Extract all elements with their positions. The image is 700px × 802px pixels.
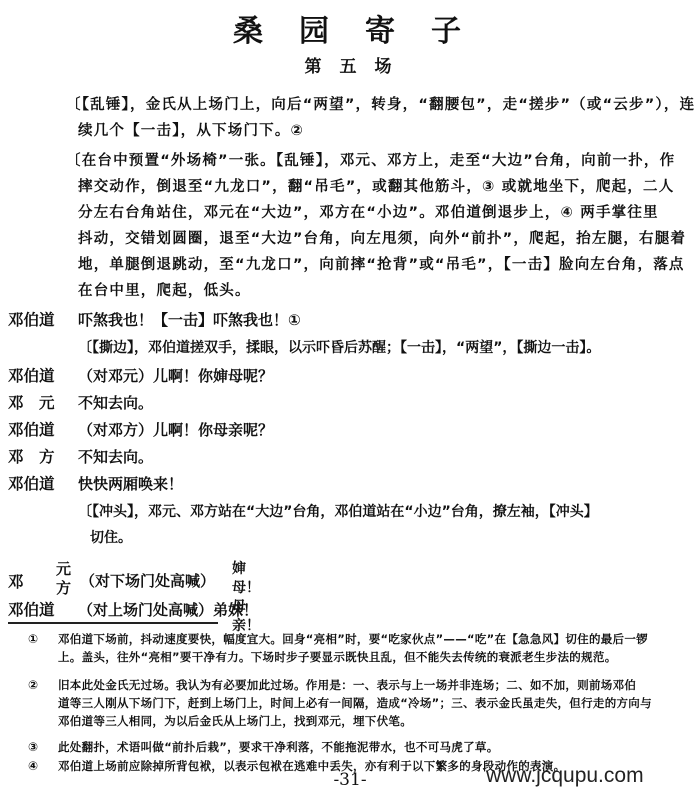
footnote-text: 此处翻扑，术语叫做“前扑后栽”，要求干净利落，不能拖泥带水，也不可马虎了草。 [28,738,696,756]
speech-text: 〔【撕边】，邓伯道搓双手，揉眼，以示吓昏后苏醒；【一击】，“两望”，【撕边一击】… [78,337,600,357]
footnote-text: 邓伯道等三人相同，为以后金氏从上场门上，找到邓元，埋下伏笔。 [28,712,696,730]
stage-direction: （对下场门处高喊） [80,570,215,591]
dialogue-line: 邓伯道 吓煞我也！【一击】吓煞我也！① [8,306,301,332]
footnote-number: ① [28,630,48,648]
footnote-text: 道等三人刚从下场门下，赶到上场门上，时间上必有一间隔，造成“冷场”；三、表示金氏… [28,694,696,712]
speech-text: （对邓元）儿啊！你婶母呢？ [78,365,273,386]
speaker-name: 邓伯道 [8,418,78,440]
speaker-name: 邓 方 [8,445,78,467]
stage-direction-line: 〔【乱锤】，金氏从上场门上，向后“两望”，转身，“翻腰包”，走“搓步”（或“云步… [66,92,696,118]
stage-direction-line: 在台中里，爬起，低头。 [66,278,696,304]
speaker-name: 邓伯道 [8,364,78,386]
speech-text: （对上场门处高喊）弟妹！ [78,599,258,620]
stage-direction-1: 〔【乱锤】，金氏从上场门上，向后“两望”，转身，“翻腰包”，走“搓步”（或“云步… [66,92,696,144]
dialogue-line: 邓 方 不知去向。 [8,443,153,469]
speaker-surname: 邓 [8,570,24,592]
stage-direction-line: 切住。 [90,524,132,550]
play-title: 桑园寄子 [0,6,700,50]
footnote-1: ① 邓伯道下场前，抖动速度要快，幅度宜大。回身“亮相”时，要“吃家伙点”——“吃… [28,630,696,666]
footnote-text: 旧本此处金氏无过场。我认为有必要加此过场。作用是：一、表示与上一场并非连场；二、… [28,676,696,694]
footnote-text: 邓伯道下场前，抖动速度要快，幅度宜大。回身“亮相”时，要“吃家伙点”——“吃”在… [28,630,696,648]
footnote-2: ② 旧本此处金氏无过场。我认为有必要加此过场。作用是：一、表示与上一场并非连场；… [28,676,696,730]
footnote-divider [8,622,218,624]
dialogue-line: 邓伯道 快快两厢唤来！ [8,470,183,496]
stage-direction-line: 〔【撕边】，邓伯道搓双手，揉眼，以示吓昏后苏醒；【一击】，“两望”，【撕边一击】… [78,334,600,360]
stage-direction-2: 〔在台中预置“外场椅”一张。【乱锤】，邓元、邓方上，走至“大边”台角，向前一扑，… [66,148,696,304]
speaker-given-names: 元 方 [56,560,71,598]
footnote-number: ② [28,676,48,694]
stage-direction-line: 抖动，交错划圆圈，退至“大边”台角，向左甩须，向外“前扑”，爬起，抬左腿，右腿着 [66,226,696,252]
stage-direction-line: 分左右台角站住，邓元在“大边”，邓方在“小边”。邓伯道倒退步上，④ 两手掌往里 [66,200,696,226]
speech-text: 切住。 [90,527,132,547]
speech-text: （对邓方）儿啊！你母亲呢？ [78,419,273,440]
speech-text: 〔【冲头】，邓元、邓方站在“大边”台角，邓伯道站在“小边”台角，撩左袖，【冲头】 [78,501,598,521]
scene-title: 第五场 [0,52,700,77]
speech-text: 快快两厢唤来！ [78,473,183,494]
speaker-name: 邓伯道 [8,308,78,330]
speech-text: 不知去向。 [78,392,153,413]
footnote-number: ③ [28,738,48,756]
footnote-text: 上。盖头，往外“亮相”要干净有力。下场时步子要显示既快且乱，但不能失去传统的衰派… [28,648,696,666]
stage-direction-line: 摔交动作，倒退至“九龙口”，翻“吊毛”，或翻其他筋斗，③ 或就地坐下，爬起，二人 [66,174,696,200]
footnote-3: ③ 此处翻扑，术语叫做“前扑后栽”，要求干净利落，不能拖泥带水，也不可马虎了草。 [28,738,696,756]
stage-direction-line: 〔【冲头】，邓元、邓方站在“大边”台角，邓伯道站在“小边”台角，撩左袖，【冲头】 [78,498,598,524]
speaker-name: 邓伯道 [8,598,78,620]
dialogue-line: 邓 元 不知去向。 [8,389,153,415]
dialogue-line: 邓伯道 （对邓方）儿啊！你母亲呢？ [8,416,273,442]
cry-a: 婶母！ [232,560,260,598]
watermark-link[interactable]: www.jcqupu.com [486,764,644,788]
speaker-a: 元 [56,560,71,579]
speaker-name: 邓伯道 [8,472,78,494]
dialogue-line: 邓伯道 （对邓元）儿啊！你婶母呢？ [8,362,273,388]
speaker-name: 邓 元 [8,391,78,413]
stage-direction-line: 〔在台中预置“外场椅”一张。【乱锤】，邓元、邓方上，走至“大边”台角，向前一扑，… [66,148,696,174]
stage-direction-line: 地，单腿倒退跳动，至“九龙口”，向前摔“抢背”或“吊毛”，【一击】脸向左台角，落… [66,252,696,278]
speech-text: 不知去向。 [78,446,153,467]
dialogue-line: 邓伯道 （对上场门处高喊）弟妹！ [8,596,258,622]
stage-direction-line: 续几个【一击】，从下场门下。② [66,118,696,144]
speech-text: 吓煞我也！【一击】吓煞我也！① [78,309,301,330]
